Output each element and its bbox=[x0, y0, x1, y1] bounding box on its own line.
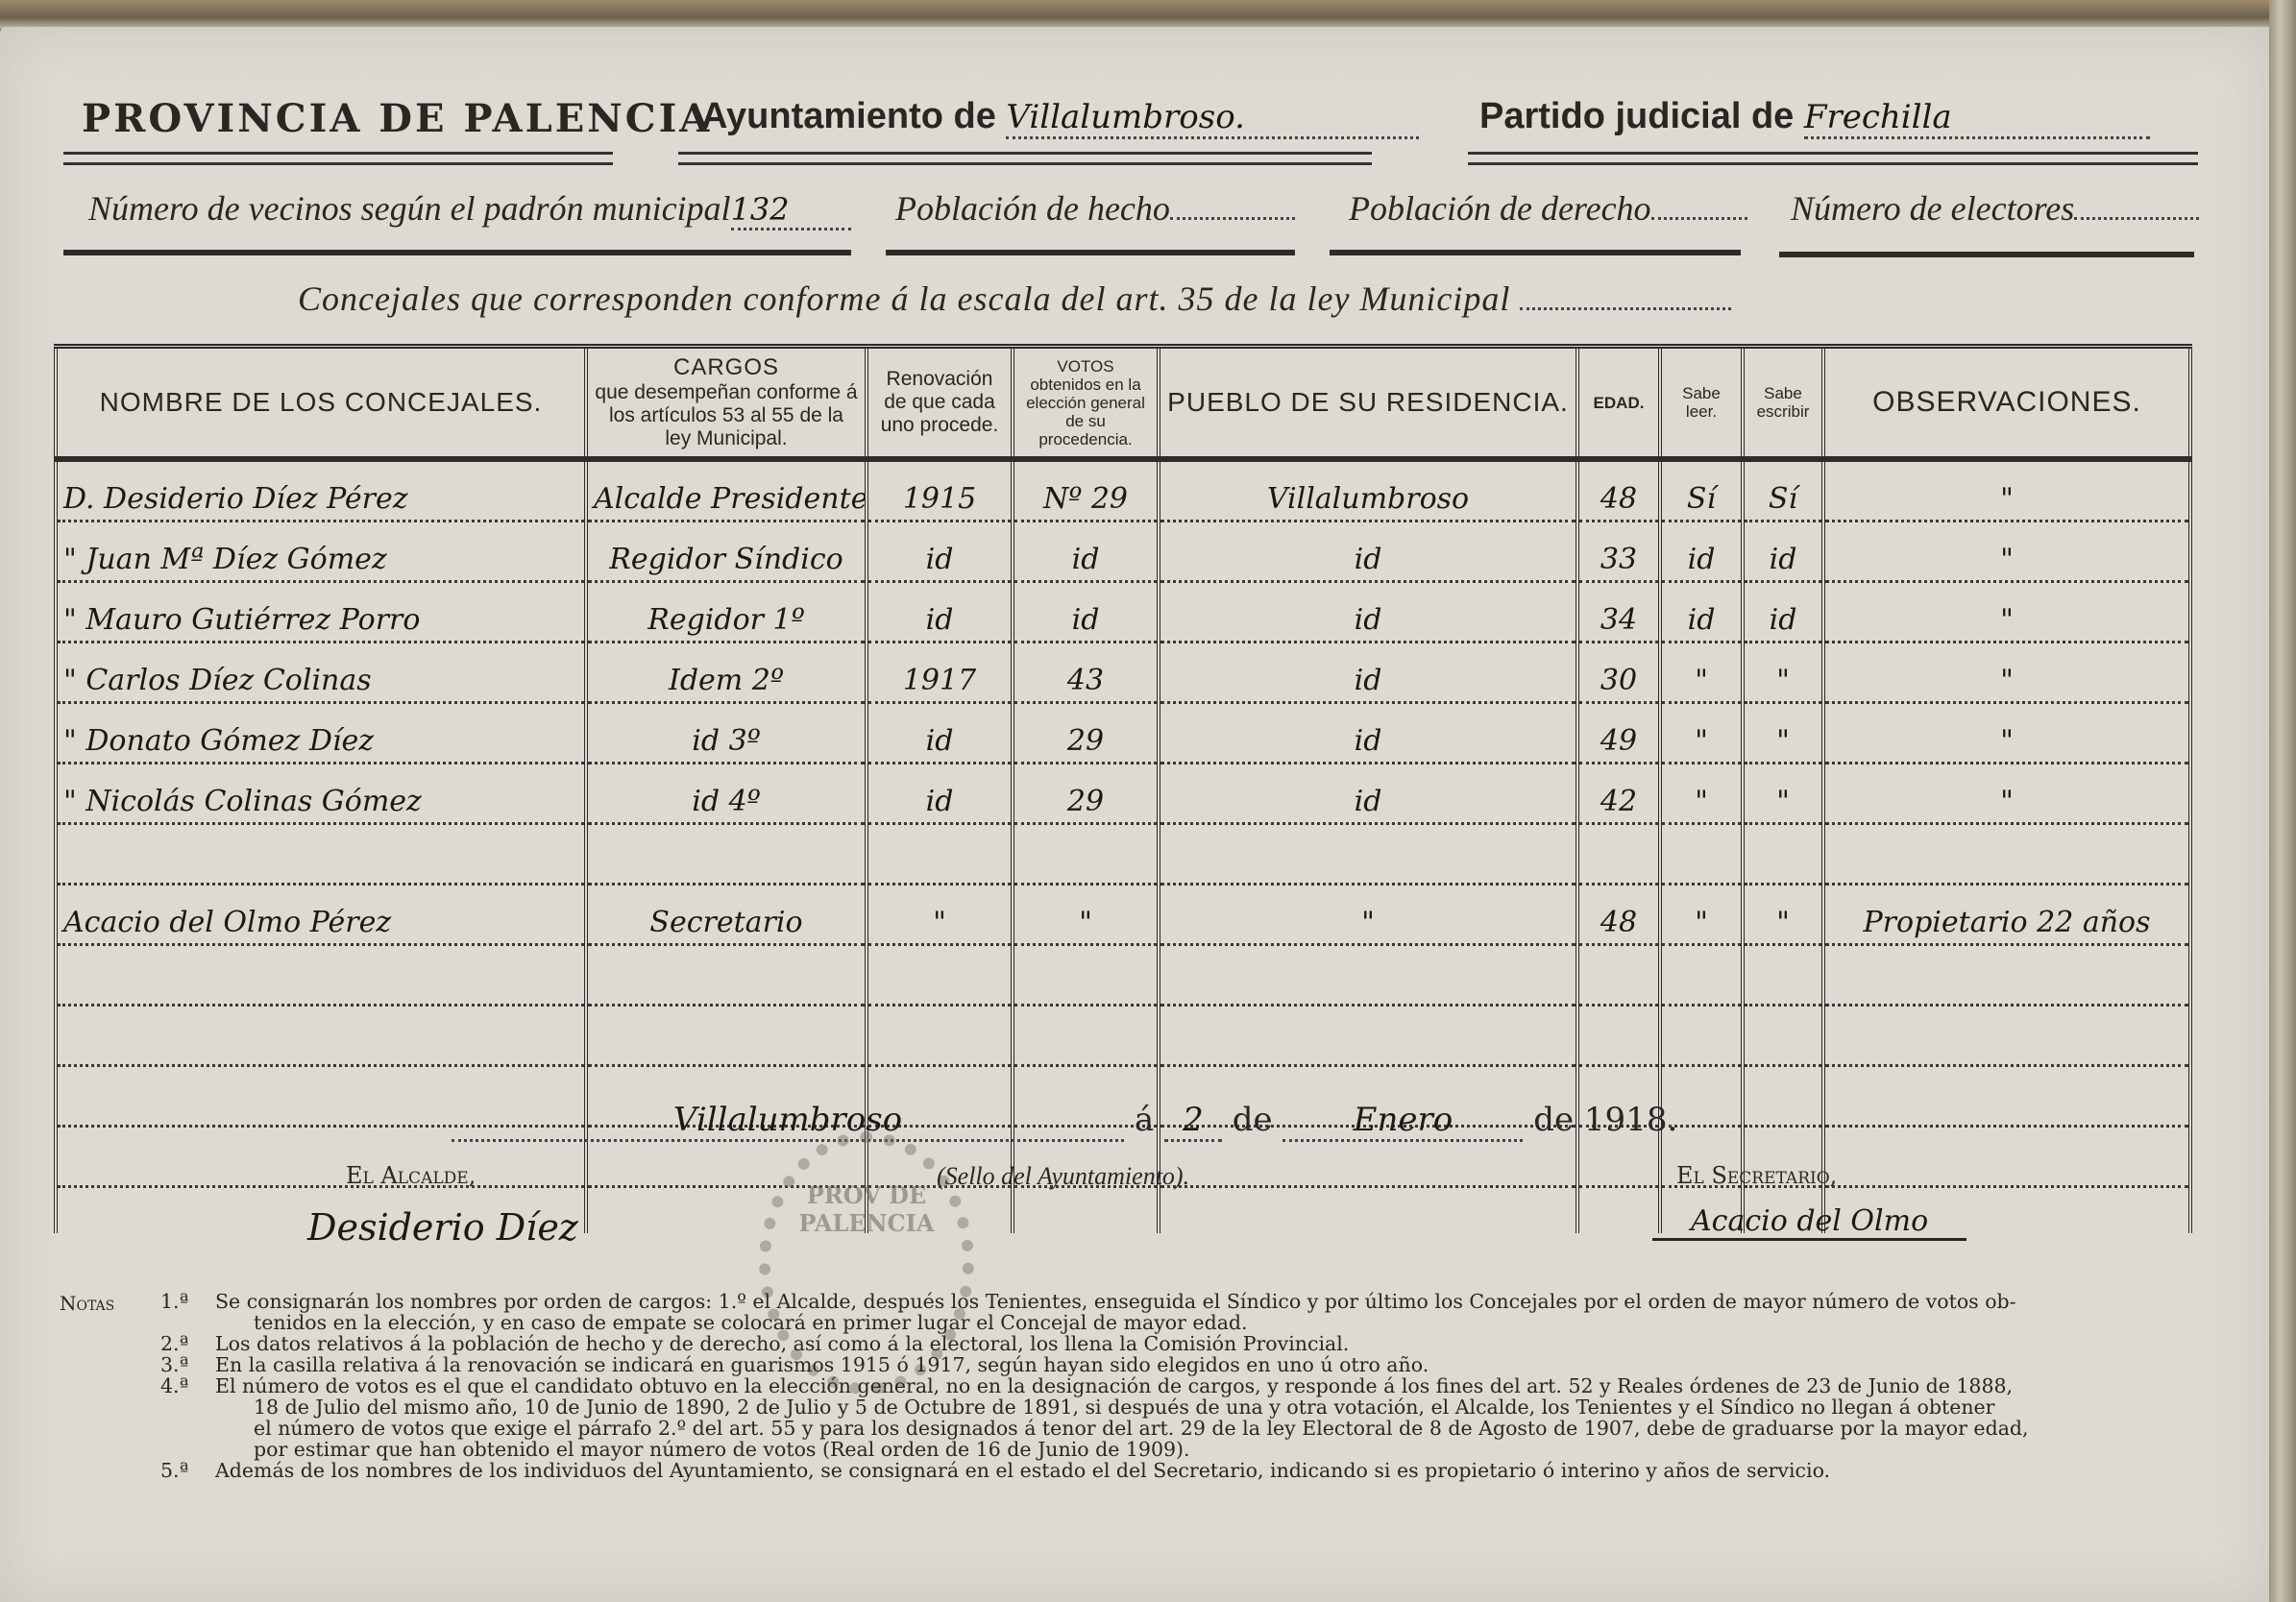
cell-leer[interactable]: id bbox=[1660, 582, 1743, 643]
cell-renovacion[interactable]: 1915 bbox=[867, 459, 1013, 522]
table-row: Acacio del Olmo PérezSecretario"""48""Pr… bbox=[56, 885, 2190, 945]
cell-leer[interactable]: " bbox=[1660, 643, 1743, 703]
cell-nombre[interactable]: " Donato Gómez Díez bbox=[56, 703, 586, 764]
table-row bbox=[56, 945, 2190, 1006]
cell-votos[interactable] bbox=[1013, 945, 1159, 1006]
cell-renovacion[interactable]: id bbox=[867, 703, 1013, 764]
votos-subtitle: obtenidos en la elección general de su p… bbox=[1020, 376, 1151, 449]
date-line: Villalumbroso á 2 de Enero de 1918. bbox=[452, 1101, 1677, 1142]
cargos-title: CARGOS bbox=[594, 354, 859, 381]
cell-pueblo[interactable]: Villalumbroso bbox=[1159, 459, 1577, 522]
cell-nombre[interactable]: " Carlos Díez Colinas bbox=[56, 643, 586, 703]
col-header-renovacion: Renovación de que cada uno procede. bbox=[867, 347, 1013, 460]
cell-pueblo[interactable] bbox=[1159, 945, 1577, 1006]
ayuntamiento-label: Ayuntamiento de bbox=[701, 96, 996, 136]
cell-pueblo[interactable]: id bbox=[1159, 643, 1577, 703]
cell-votos[interactable]: 29 bbox=[1013, 703, 1159, 764]
table-row: " Donato Gómez Díezid 3ºid29id49""" bbox=[56, 703, 2190, 764]
cell-nombre[interactable]: " Nicolás Colinas Gómez bbox=[56, 764, 586, 824]
cell-cargo[interactable]: Idem 2º bbox=[586, 643, 867, 703]
cell-nombre[interactable]: " Mauro Gutiérrez Porro bbox=[56, 582, 586, 643]
cell-votos[interactable]: 29 bbox=[1013, 764, 1159, 824]
concejales-text: Concejales que corresponden conforme á l… bbox=[298, 279, 1510, 318]
cell-votos[interactable]: 43 bbox=[1013, 643, 1159, 703]
cell-renovacion[interactable]: id bbox=[867, 764, 1013, 824]
cell-pueblo[interactable]: id bbox=[1159, 522, 1577, 582]
poblacion-derecho-value[interactable] bbox=[1651, 217, 1747, 220]
note-text-continued: el número de votos que exige el párrafo … bbox=[215, 1418, 2202, 1439]
cell-pueblo[interactable]: id bbox=[1159, 764, 1577, 824]
cell-renovacion[interactable]: id bbox=[867, 582, 1013, 643]
cell-leer[interactable]: " bbox=[1660, 885, 1743, 945]
cell-renovacion[interactable]: id bbox=[867, 522, 1013, 582]
cell-observaciones[interactable] bbox=[1823, 945, 2190, 1006]
census-rule bbox=[1330, 250, 1741, 255]
poblacion-hecho-label: Población de hecho bbox=[895, 189, 1170, 228]
cell-escribir[interactable]: " bbox=[1743, 885, 1823, 945]
cell-escribir[interactable] bbox=[1743, 824, 1823, 885]
poblacion-hecho-field: Población de hecho bbox=[895, 188, 1295, 229]
cell-escribir[interactable]: " bbox=[1743, 643, 1823, 703]
cell-pueblo[interactable] bbox=[1159, 1187, 1577, 1232]
cell-edad[interactable]: 48 bbox=[1577, 459, 1660, 522]
cell-observaciones[interactable]: " bbox=[1823, 522, 2190, 582]
cell-renovacion[interactable] bbox=[867, 1006, 1013, 1066]
cell-observaciones[interactable]: " bbox=[1823, 764, 2190, 824]
document-page: PROVINCIA DE PALENCIA Ayuntamiento de Vi… bbox=[0, 27, 2269, 1602]
cell-escribir[interactable] bbox=[1743, 1066, 1823, 1127]
secretario-signature: Acacio del Olmo bbox=[1652, 1204, 1966, 1241]
note-item: 4.ªEl número de votos es el que el candi… bbox=[60, 1375, 2202, 1460]
col-header-edad: EDAD. bbox=[1577, 347, 1660, 460]
cell-observaciones[interactable] bbox=[1823, 1127, 2190, 1187]
cell-pueblo[interactable]: " bbox=[1159, 885, 1577, 945]
note-text: Los datos relativos á la población de he… bbox=[215, 1332, 1349, 1355]
note-text-continued: 18 de Julio del mismo año, 10 de Junio d… bbox=[215, 1396, 2202, 1418]
cell-votos[interactable] bbox=[1013, 1006, 1159, 1066]
cell-edad[interactable]: 42 bbox=[1577, 764, 1660, 824]
cell-pueblo[interactable] bbox=[1159, 1006, 1577, 1066]
note-text: El número de votos es el que el candidat… bbox=[215, 1374, 2013, 1397]
col-header-pueblo: PUEBLO DE SU RESIDENCIA. bbox=[1159, 347, 1577, 460]
province-title: PROVINCIA DE PALENCIA bbox=[82, 96, 712, 141]
cargos-subtitle: que desempeñan conforme á los artículos … bbox=[594, 381, 859, 450]
cell-pueblo[interactable]: id bbox=[1159, 582, 1577, 643]
cell-observaciones[interactable] bbox=[1823, 1006, 2190, 1066]
date-a: á bbox=[1135, 1101, 1154, 1139]
header-rule bbox=[63, 152, 613, 165]
cell-edad[interactable] bbox=[1577, 945, 1660, 1006]
cell-votos[interactable] bbox=[1013, 824, 1159, 885]
cell-escribir[interactable]: Sí bbox=[1743, 459, 1823, 522]
date-month[interactable]: Enero bbox=[1282, 1101, 1523, 1142]
table-header-row: NOMBRE DE LOS CONCEJALES. CARGOS que des… bbox=[56, 347, 2190, 460]
note-text: En la casilla relativa á la renovación s… bbox=[215, 1353, 1429, 1376]
table-row: " Nicolás Colinas Gómezid 4ºid29id42""" bbox=[56, 764, 2190, 824]
secretario-label: El Secretario, bbox=[1676, 1162, 1837, 1189]
note-text-continued: tenidos en la elección, y en caso de emp… bbox=[215, 1312, 2202, 1333]
partido-field: Partido judicial de Frechilla bbox=[1479, 96, 2150, 139]
cell-nombre[interactable]: " Juan Mª Díez Gómez bbox=[56, 522, 586, 582]
cell-cargo[interactable] bbox=[586, 945, 867, 1006]
book-page-edge bbox=[2269, 0, 2296, 1602]
cell-observaciones[interactable]: " bbox=[1823, 582, 2190, 643]
cell-votos[interactable]: " bbox=[1013, 885, 1159, 945]
electores-field: Número de electores bbox=[1791, 188, 2199, 229]
cell-observaciones[interactable] bbox=[1823, 1066, 2190, 1127]
ayuntamiento-value[interactable]: Villalumbroso. bbox=[1006, 98, 1419, 139]
votos-title: VOTOS bbox=[1020, 357, 1151, 376]
alcalde-label: El Alcalde, bbox=[346, 1162, 476, 1189]
vecinos-label: Número de vecinos según el padrón munici… bbox=[88, 189, 731, 228]
date-place[interactable]: Villalumbroso bbox=[452, 1101, 1124, 1142]
col-header-cargos: CARGOS que desempeñan conforme á los art… bbox=[586, 347, 867, 460]
cell-escribir[interactable] bbox=[1743, 1006, 1823, 1066]
cell-cargo[interactable]: id 4º bbox=[586, 764, 867, 824]
col-header-leer: Sabe leer. bbox=[1660, 347, 1743, 460]
cell-edad[interactable]: 48 bbox=[1577, 885, 1660, 945]
concejales-line: Concejales que corresponden conforme á l… bbox=[298, 279, 1731, 319]
cell-escribir[interactable]: " bbox=[1743, 764, 1823, 824]
cell-edad[interactable]: 34 bbox=[1577, 582, 1660, 643]
note-item: 2.ªLos datos relativos á la población de… bbox=[60, 1333, 2202, 1354]
table-row bbox=[56, 824, 2190, 885]
cell-cargo[interactable]: Regidor 1º bbox=[586, 582, 867, 643]
note-item: 1.ªSe consignarán los nombres por orden … bbox=[60, 1291, 2202, 1333]
ayuntamiento-field: Ayuntamiento de Villalumbroso. bbox=[701, 96, 1419, 139]
cell-leer[interactable]: id bbox=[1660, 522, 1743, 582]
cell-votos[interactable]: Nº 29 bbox=[1013, 459, 1159, 522]
note-number: 3.ª bbox=[160, 1354, 188, 1375]
cell-edad[interactable]: 49 bbox=[1577, 703, 1660, 764]
cell-leer[interactable] bbox=[1660, 1006, 1743, 1066]
cell-nombre[interactable]: Acacio del Olmo Pérez bbox=[56, 885, 586, 945]
date-day[interactable]: 2 bbox=[1164, 1101, 1222, 1142]
cell-edad[interactable]: 30 bbox=[1577, 643, 1660, 703]
cell-cargo[interactable]: Alcalde Presidente bbox=[586, 459, 867, 522]
poblacion-hecho-value[interactable] bbox=[1170, 217, 1295, 220]
sello-label: (Sello del Ayuntamiento). bbox=[937, 1162, 1189, 1191]
notes-list: 1.ªSe consignarán los nombres por orden … bbox=[60, 1291, 2202, 1481]
cell-leer[interactable] bbox=[1660, 824, 1743, 885]
cell-cargo[interactable] bbox=[586, 824, 867, 885]
note-item: 3.ªEn la casilla relativa á la renovació… bbox=[60, 1354, 2202, 1375]
cell-observaciones[interactable]: " bbox=[1823, 703, 2190, 764]
partido-value[interactable]: Frechilla bbox=[1804, 98, 2150, 139]
note-number: 1.ª bbox=[160, 1291, 188, 1312]
date-year: de 1918. bbox=[1533, 1101, 1677, 1139]
concejales-value[interactable] bbox=[1520, 307, 1731, 310]
table-row: " Mauro Gutiérrez PorroRegidor 1ºididid3… bbox=[56, 582, 2190, 643]
cell-edad[interactable] bbox=[1577, 1006, 1660, 1066]
cell-leer[interactable]: Sí bbox=[1660, 459, 1743, 522]
cell-leer[interactable] bbox=[1660, 945, 1743, 1006]
cell-cargo[interactable]: Secretario bbox=[586, 885, 867, 945]
cell-observaciones[interactable]: " bbox=[1823, 643, 2190, 703]
cell-pueblo[interactable] bbox=[1159, 824, 1577, 885]
note-number: 5.ª bbox=[160, 1460, 188, 1481]
stamp-text: PROV DE PALENCIA bbox=[770, 1181, 963, 1237]
notes-section: Notas 1.ªSe consignarán los nombres por … bbox=[60, 1291, 2202, 1481]
table-row: " Juan Mª Díez GómezRegidor Síndicoididi… bbox=[56, 522, 2190, 582]
cell-leer[interactable]: " bbox=[1660, 764, 1743, 824]
alcalde-signature: Desiderio Díez bbox=[307, 1206, 578, 1249]
header-rule bbox=[678, 152, 1372, 165]
cell-renovacion[interactable] bbox=[867, 824, 1013, 885]
note-text: Se consignarán los nombres por orden de … bbox=[215, 1290, 2016, 1313]
cell-observaciones[interactable] bbox=[1823, 824, 2190, 885]
cell-edad[interactable] bbox=[1577, 1187, 1660, 1232]
electores-label: Número de electores bbox=[1791, 189, 2074, 228]
table-row: " Carlos Díez ColinasIdem 2º191743id30""… bbox=[56, 643, 2190, 703]
cell-nombre[interactable] bbox=[56, 1006, 586, 1066]
cell-nombre[interactable]: D. Desiderio Díez Pérez bbox=[56, 459, 586, 522]
census-rule bbox=[1779, 252, 2194, 257]
cell-votos[interactable] bbox=[1013, 1187, 1159, 1232]
col-header-nombre: NOMBRE DE LOS CONCEJALES. bbox=[56, 347, 586, 460]
cell-edad[interactable] bbox=[1577, 824, 1660, 885]
col-header-escribir: Sabe escribir bbox=[1743, 347, 1823, 460]
poblacion-derecho-label: Población de derecho bbox=[1349, 189, 1651, 228]
cell-leer[interactable]: " bbox=[1660, 703, 1743, 764]
table-row bbox=[56, 1006, 2190, 1066]
poblacion-derecho-field: Población de derecho bbox=[1349, 188, 1747, 229]
vecinos-field: Número de vecinos según el padrón munici… bbox=[88, 188, 851, 231]
table-row: D. Desiderio Díez PérezAlcalde President… bbox=[56, 459, 2190, 522]
cell-pueblo[interactable]: id bbox=[1159, 703, 1577, 764]
cell-edad[interactable]: 33 bbox=[1577, 522, 1660, 582]
header-rule bbox=[1468, 152, 2198, 165]
cell-votos[interactable]: id bbox=[1013, 522, 1159, 582]
cell-renovacion[interactable]: " bbox=[867, 885, 1013, 945]
cell-cargo[interactable]: id 3º bbox=[586, 703, 867, 764]
cell-cargo[interactable] bbox=[586, 1006, 867, 1066]
cell-observaciones[interactable]: Propietario 22 años bbox=[1823, 885, 2190, 945]
note-item: 5.ªAdemás de los nombres de los individu… bbox=[60, 1460, 2202, 1481]
electores-value[interactable] bbox=[2074, 217, 2199, 220]
cell-renovacion[interactable] bbox=[867, 945, 1013, 1006]
census-rule bbox=[63, 250, 851, 255]
date-de: de bbox=[1233, 1101, 1273, 1139]
partido-label: Partido judicial de bbox=[1479, 96, 1794, 136]
book-top-edge bbox=[0, 0, 2269, 29]
cell-escribir[interactable] bbox=[1743, 945, 1823, 1006]
col-header-votos: VOTOS obtenidos en la elección general d… bbox=[1013, 347, 1159, 460]
cell-observaciones[interactable]: " bbox=[1823, 459, 2190, 522]
note-number: 4.ª bbox=[160, 1375, 188, 1396]
cell-nombre[interactable] bbox=[56, 945, 586, 1006]
note-text: Además de los nombres de los individuos … bbox=[215, 1459, 1830, 1482]
col-header-observaciones: OBSERVACIONES. bbox=[1823, 347, 2190, 460]
cell-escribir[interactable]: id bbox=[1743, 522, 1823, 582]
cell-votos[interactable]: id bbox=[1013, 582, 1159, 643]
census-rule bbox=[886, 250, 1295, 255]
cell-escribir[interactable]: " bbox=[1743, 703, 1823, 764]
cell-nombre[interactable] bbox=[56, 824, 586, 885]
note-text-continued: por estimar que han obtenido el mayor nú… bbox=[215, 1439, 2202, 1460]
cell-cargo[interactable]: Regidor Síndico bbox=[586, 522, 867, 582]
vecinos-value[interactable]: 132 bbox=[731, 191, 851, 231]
note-number: 2.ª bbox=[160, 1333, 188, 1354]
cell-escribir[interactable]: id bbox=[1743, 582, 1823, 643]
cell-renovacion[interactable]: 1917 bbox=[867, 643, 1013, 703]
